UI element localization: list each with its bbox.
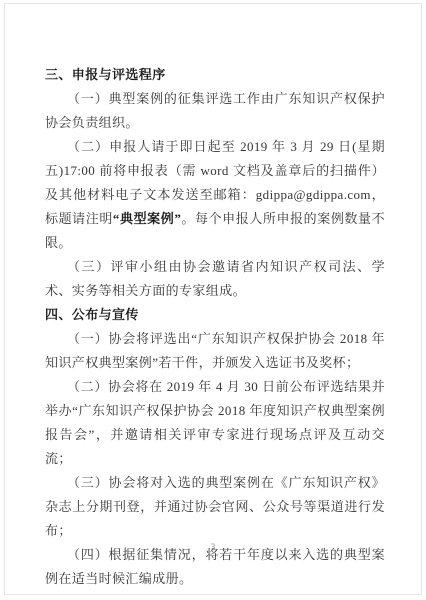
paragraph: （二）协会将在 2019 年 4 月 30 日前公布评选结果并举办“广东知识产权… bbox=[45, 375, 385, 471]
document-body: 三、申报与评选程序（一）典型案例的征集评选工作由广东知识产权保护协会负责组织。（… bbox=[45, 63, 385, 591]
document-page: 三、申报与评选程序（一）典型案例的征集评选工作由广东知识产权保护协会负责组织。（… bbox=[0, 0, 426, 600]
text-run: （三）协会将对入选的典型案例在《广东知识产权》杂志上分期刊登，并通过协会官网、公… bbox=[45, 475, 385, 538]
text-run: （一）协会将评选出“广东知识产权保护协会 2018 年知识产权典型案例”若干件，… bbox=[45, 331, 385, 370]
paragraph: （一）协会将评选出“广东知识产权保护协会 2018 年知识产权典型案例”若干件，… bbox=[45, 327, 385, 375]
page-number: 3 bbox=[0, 540, 426, 554]
paragraph: （一）典型案例的征集评选工作由广东知识产权保护协会负责组织。 bbox=[45, 87, 385, 135]
text-run: （三）评审小组由协会邀请省内知识产权司法、学术、实务等相关方面的专家组成。 bbox=[45, 259, 385, 298]
paragraph: （三）协会将对入选的典型案例在《广东知识产权》杂志上分期刊登，并通过协会官网、公… bbox=[45, 471, 385, 543]
text-run: 四、公布与宣传 bbox=[45, 307, 139, 322]
text-run: （二）协会将在 2019 年 4 月 30 日前公布评选结果并举办“广东知识产权… bbox=[45, 379, 385, 466]
section-heading: 三、申报与评选程序 bbox=[45, 63, 385, 87]
text-run: （一）典型案例的征集评选工作由广东知识产权保护协会负责组织。 bbox=[45, 91, 385, 130]
paragraph: （三）评审小组由协会邀请省内知识产权司法、学术、实务等相关方面的专家组成。 bbox=[45, 255, 385, 303]
section-heading: 四、公布与宣传 bbox=[45, 303, 385, 327]
bold-text-run: “典型案例” bbox=[113, 211, 181, 226]
paragraph: （二）申报人请于即日起至 2019 年 3 月 29 日(星期五)17:00 前… bbox=[45, 135, 385, 255]
text-run: 三、申报与评选程序 bbox=[45, 67, 166, 82]
